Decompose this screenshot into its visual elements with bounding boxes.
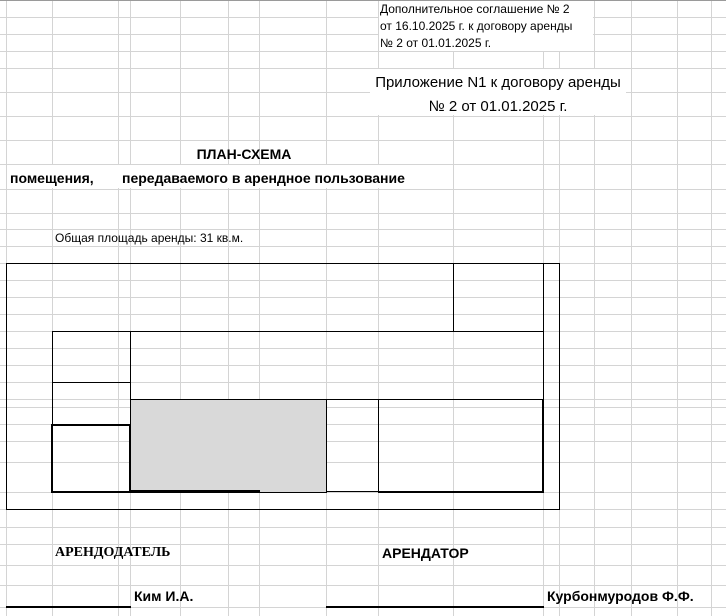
plan-subtitle-part-1: помещения, bbox=[10, 170, 94, 186]
supplement-line-1: Дополнительное соглашение № 2 bbox=[380, 2, 570, 16]
landlord-name: Ким И.А. bbox=[134, 588, 193, 604]
landlord-signature-line bbox=[6, 606, 131, 608]
supplement-line-3: № 2 от 01.01.2025 г. bbox=[380, 36, 491, 50]
plan-subtitle-part-2: передаваемого в арендное пользование bbox=[122, 170, 405, 186]
room-left-divider bbox=[52, 382, 131, 383]
supplement-line-2: от 16.10.2025 г. к договору аренды bbox=[380, 19, 572, 33]
leased-area-bottom-wall bbox=[130, 490, 260, 493]
room-left-lower bbox=[51, 424, 131, 493]
leased-area-highlight bbox=[130, 399, 327, 493]
tenant-name: Курбонмуродов Ф.Ф. bbox=[547, 588, 694, 604]
room-right-lower bbox=[378, 399, 544, 493]
landlord-label: АРЕНДОДАТЕЛЬ bbox=[55, 545, 170, 561]
appendix-line-2: № 2 от 01.01.2025 г. bbox=[370, 98, 626, 115]
room-left-upper bbox=[52, 331, 131, 425]
corridor-bottom-wall bbox=[326, 491, 379, 492]
sheet-top-border bbox=[0, 0, 726, 1]
total-area-label: Общая площадь аренды: 31 кв.м. bbox=[55, 231, 243, 245]
tenant-label: АРЕНДАТОР bbox=[382, 545, 469, 561]
appendix-line-1: Приложение N1 к договору аренды bbox=[370, 74, 626, 91]
tenant-signature-line bbox=[326, 606, 544, 608]
plan-title: ПЛАН-СХЕМА bbox=[180, 146, 308, 162]
room-divider-top-right bbox=[453, 263, 454, 331]
